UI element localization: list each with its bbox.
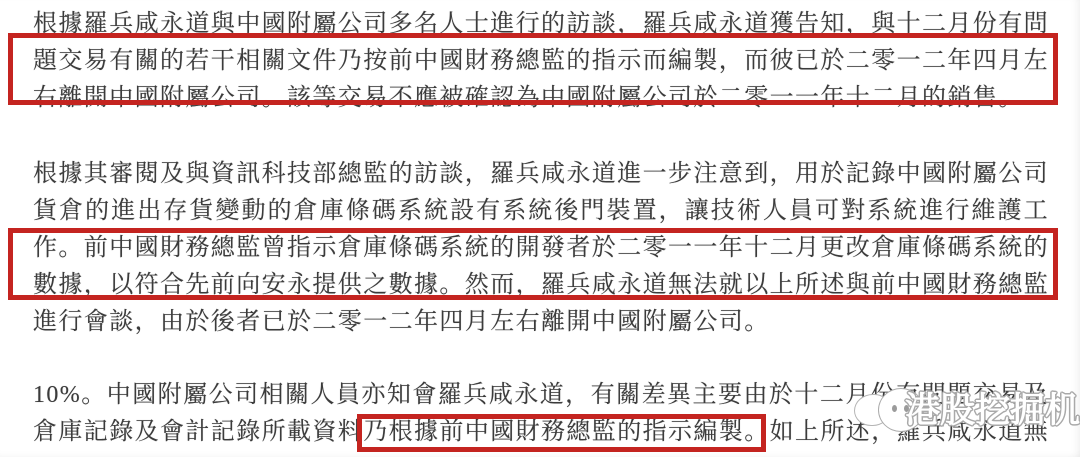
text-line: 數據，以符合先前向安永提供之數據。然而，羅兵咸永道無法就以上所述與前中國財務總監 xyxy=(33,267,1049,304)
text-line: 題交易有關的若干相關文件乃按前中國財務總監的指示而編製，而彼已於二零一二年四月左 xyxy=(33,43,1049,80)
paragraph-2: 根據其審閱及與資訊科技部總監的訪談，羅兵咸永道進一步注意到，用於記錄中國附屬公司… xyxy=(33,156,1049,341)
mascot-eye-icon xyxy=(892,405,897,412)
text-line: 貨倉的進出存貨變動的倉庫條碼系統設有系統後門裝置，讓技術人員可對系統進行維護工 xyxy=(33,193,1049,230)
text-line: 根據其審閱及與資訊科技部總監的訪談，羅兵咸永道進一步注意到，用於記錄中國附屬公司 xyxy=(33,156,1049,193)
text-line: 進行會談，由於後者已於二零一二年四月左右離開中國附屬公司。 xyxy=(33,304,1049,341)
text-line: 右離開中國附屬公司。該等交易不應被確認為中國附屬公司於二零一一年十二月的銷售。 xyxy=(33,80,1049,117)
paragraph-1: 根據羅兵咸永道與中國附屬公司多名人士進行的訪談，羅兵咸永道獲告知，與十二月份有問… xyxy=(33,6,1049,117)
watermark-label: 港股挖掘机 xyxy=(905,392,1080,430)
watermark: 港股挖掘机 xyxy=(848,384,1080,446)
text-line: 作。前中國財務總監曾指示倉庫條碼系統的開發者於二零一一年十二月更改倉庫條碼系統的 xyxy=(33,230,1049,267)
document-scan-page: 根據羅兵咸永道與中國附屬公司多名人士進行的訪談，羅兵咸永道獲告知，與十二月份有問… xyxy=(0,0,1080,457)
text-line: 根據羅兵咸永道與中國附屬公司多名人士進行的訪談，羅兵咸永道獲告知，與十二月份有問 xyxy=(33,6,1049,43)
